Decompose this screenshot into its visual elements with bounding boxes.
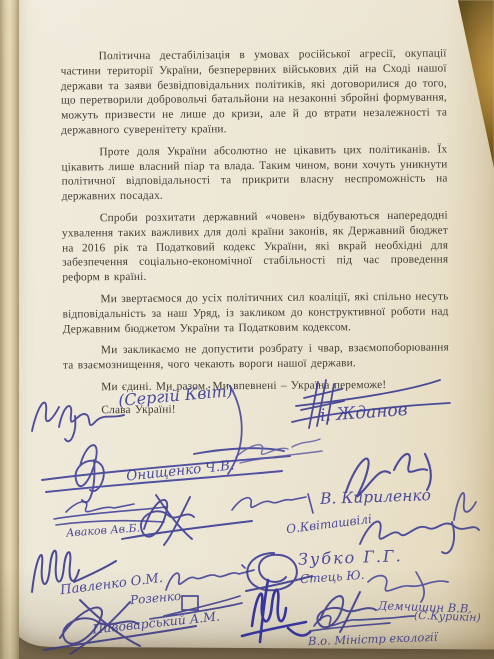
photographed-document: Політична дестабілізація в умовах російс…: [0, 0, 494, 659]
ink-scribble: [118, 487, 256, 545]
signature-avakov-scribble: [118, 487, 256, 545]
signature-kyrylenko-name: В. Кириленко: [320, 486, 432, 508]
signature-kurykin-name: (С.Курикін): [414, 609, 481, 624]
signature-kvit-name: (Сергій Квіт): [117, 381, 233, 410]
signature-layer: (Сергій Квіт) і. Жданов: [0, 0, 494, 659]
signature-small-scribble-1: [232, 433, 324, 467]
signature-small-scribble-5: [444, 478, 480, 526]
ink-scribble: [444, 478, 480, 526]
ink-scribble: [232, 433, 324, 467]
